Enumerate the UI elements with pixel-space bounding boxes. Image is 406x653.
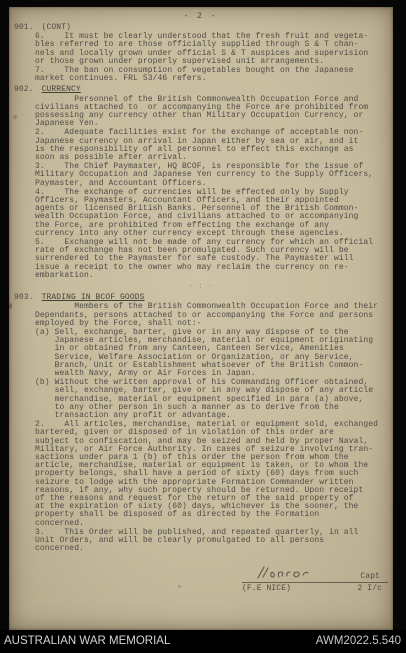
stain-mark	[178, 585, 181, 588]
section-902: 902.CURRENCY Personnel of the British Co…	[14, 86, 387, 280]
item-id: AWM2022.5.540	[316, 635, 401, 647]
paragraph: (a) Sell, exchange, barter, give or in a…	[35, 329, 387, 378]
signature-rank: Capt	[360, 572, 380, 581]
paragraph: (b) Without the written approval of his …	[35, 379, 387, 420]
section-title: TRADING IN BCOF GOODS	[42, 293, 145, 302]
signature-appointment: 2 I/c	[357, 584, 382, 593]
section-number: 902.	[14, 85, 34, 94]
paragraph: 2. Adequate facilities exist for the exc…	[35, 129, 387, 162]
paragraph: Members of the British Commonwealth Occu…	[35, 303, 387, 328]
section-number: 903.	[14, 293, 34, 302]
section-heading: 901.(CONT)	[14, 24, 387, 32]
paragraph: 2. All articles, merchandise, material o…	[35, 421, 387, 528]
paragraph: 4. The exchange of currencies will be ef…	[35, 189, 387, 238]
section-heading: 902.CURRENCY	[14, 86, 387, 94]
paragraph: 5. Exchange will not be made of any curr…	[35, 239, 387, 280]
section-number: 901.	[14, 23, 34, 32]
footer-bar: AUSTRALIAN WAR MEMORIAL AWM2022.5.540	[0, 630, 406, 653]
paragraph: 6. It must be clearly understood that th…	[35, 33, 387, 66]
scanned-document-page: - 2 - 901.(CONT) 6. It must be clearly u…	[0, 0, 406, 653]
signature-line: Capt	[242, 565, 388, 583]
paragraph: 3. This Order will be published, and rep…	[35, 529, 387, 554]
document-paper: - 2 - 901.(CONT) 6. It must be clearly u…	[9, 7, 393, 630]
section-901: 901.(CONT) 6. It must be clearly underst…	[14, 24, 387, 83]
separator-mark: - : -	[14, 283, 387, 291]
signature-typed-name: (F.E NICE)	[242, 584, 291, 593]
paragraph: 3. The Chief Paymaster, HQ BCOF, is resp…	[35, 163, 387, 188]
section-title: (CONT)	[42, 23, 71, 32]
paragraph: Personnel of the British Commonwealth Oc…	[35, 96, 387, 129]
handwritten-signature	[254, 565, 316, 581]
signature-block: Capt (F.E NICE) 2 I/c	[242, 565, 388, 593]
stain-mark	[9, 303, 12, 309]
page-number: - 2 -	[14, 12, 387, 21]
section-903: 903.TRADING IN BCOF GOODS Members of the…	[14, 294, 387, 553]
archive-name: AUSTRALIAN WAR MEMORIAL	[4, 635, 170, 647]
signature-typed-row: (F.E NICE) 2 I/c	[242, 583, 388, 593]
stain-mark	[13, 115, 17, 119]
paragraph: 7. The ban on consumption of vegetables …	[35, 67, 387, 83]
section-heading: 903.TRADING IN BCOF GOODS	[14, 294, 387, 302]
section-title: CURRENCY	[42, 85, 81, 94]
